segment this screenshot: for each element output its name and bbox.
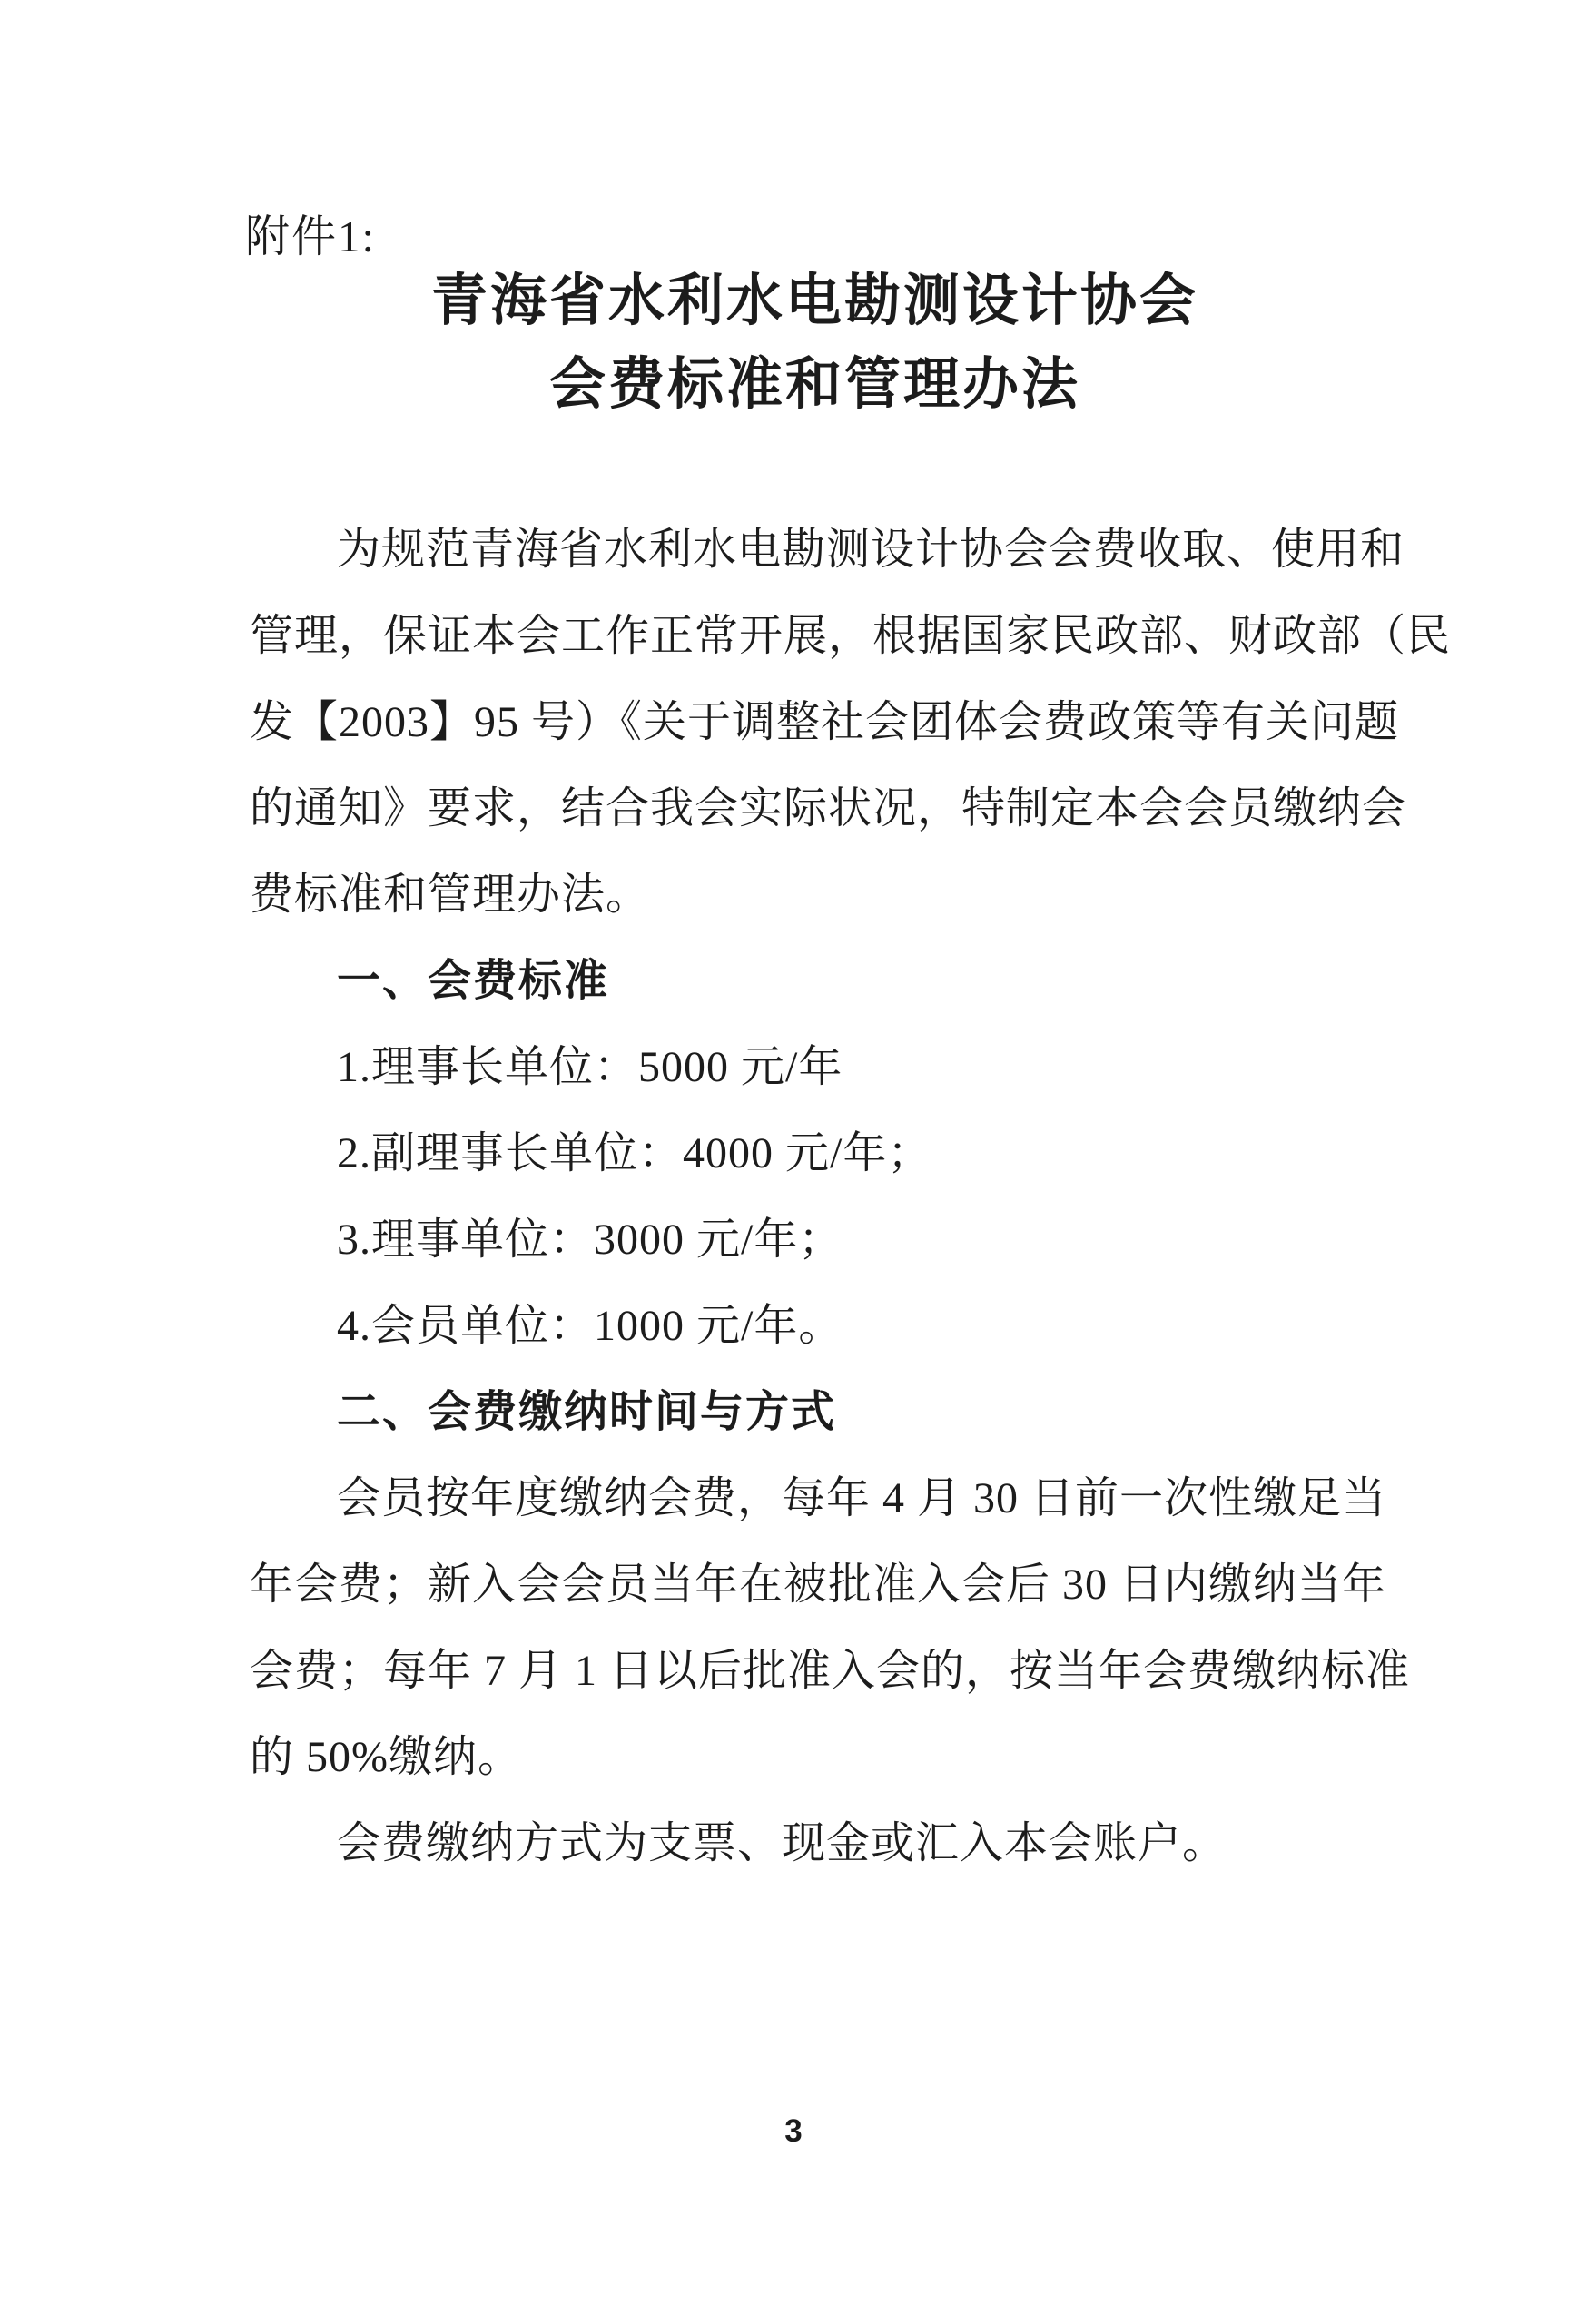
intro-line: 管理，保证本会工作正常开展，根据国家民政部、财政部（民 <box>250 593 1430 679</box>
fee-item: 1.理事长单位：5000 元/年 <box>250 1024 1430 1110</box>
document-body: 为规范青海省水利水电勘测设计协会会费收取、使用和 管理，保证本会工作正常开展，根… <box>250 507 1430 1886</box>
document-title-line-1: 青海省水利水电勘测设计协会 <box>250 260 1380 343</box>
fee-item: 2.副理事长单位：4000 元/年； <box>250 1110 1430 1196</box>
section2-heading: 二、会费缴纳时间与方式 <box>250 1369 1430 1455</box>
intro-line: 发【2003】95 号）《关于调整社会团体会费政策等有关问题 <box>250 679 1430 765</box>
section2-line: 会员按年度缴纳会费，每年 4 月 30 日前一次性缴足当 <box>250 1455 1430 1541</box>
fee-item: 4.会员单位：1000 元/年。 <box>250 1283 1430 1369</box>
intro-line: 的通知》要求，结合我会实际状况，特制定本会会员缴纳会 <box>250 765 1430 852</box>
section2-line: 的 50%缴纳。 <box>250 1714 1430 1800</box>
section2-line: 会费；每年 7 月 1 日以后批准入会的，按当年会费缴纳标准 <box>250 1628 1430 1714</box>
section1-heading: 一、会费标准 <box>250 938 1430 1024</box>
intro-line: 为规范青海省水利水电勘测设计协会会费收取、使用和 <box>250 507 1430 593</box>
section2-line: 年会费；新入会会员当年在被批准入会后 30 日内缴纳当年 <box>250 1541 1430 1628</box>
page-number: 3 <box>0 2113 1587 2150</box>
fee-item: 3.理事单位：3000 元/年； <box>250 1196 1430 1283</box>
section2-closing-line: 会费缴纳方式为支票、现金或汇入本会账户。 <box>250 1800 1430 1886</box>
attachment-label: 附件1: <box>245 202 376 265</box>
document-page: 附件1: 青海省水利水电勘测设计协会 会费标准和管理办法 为规范青海省水利水电勘… <box>0 0 1587 2324</box>
document-title: 青海省水利水电勘测设计协会 会费标准和管理办法 <box>250 260 1380 427</box>
intro-line: 费标准和管理办法。 <box>250 852 1430 938</box>
document-title-line-2: 会费标准和管理办法 <box>250 343 1380 427</box>
